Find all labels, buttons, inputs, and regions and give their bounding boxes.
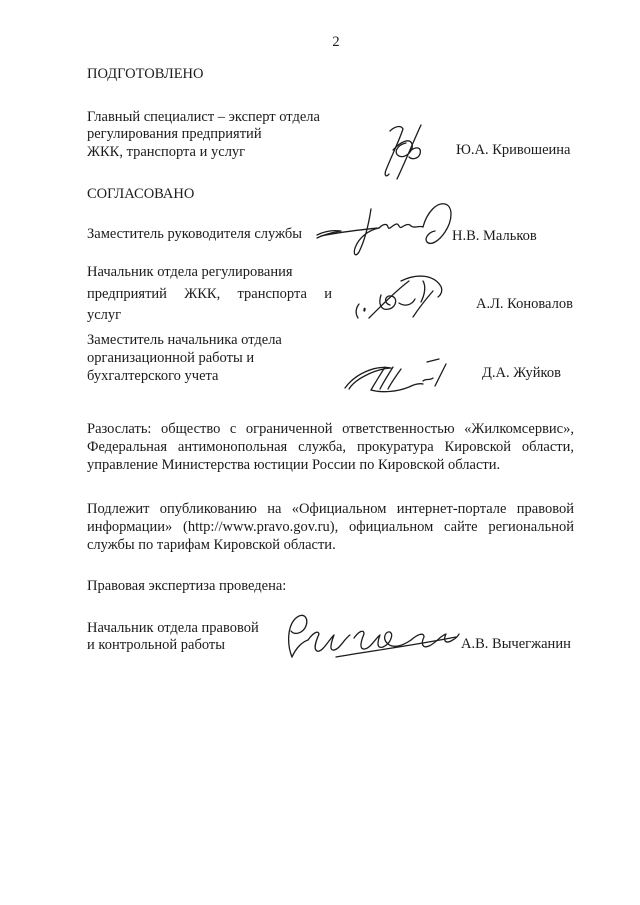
signatory-name-2: Н.В. Мальков (452, 228, 537, 245)
heading-prepared: ПОДГОТОВЛЕНО (87, 66, 204, 83)
title-line: Заместитель начальника отдела (87, 331, 282, 349)
publication-paragraph: Подлежит опубликованию на «Официальном и… (87, 500, 574, 555)
title-line: и контрольной работы (87, 637, 259, 654)
signatory-title-5: Начальник отдела правовой и контрольной … (87, 620, 259, 655)
title-line: предприятий ЖКК, транспорта и (87, 284, 332, 306)
signatory-name-1: Ю.А. Кривошеина (456, 142, 571, 159)
handwritten-signature-icon (355, 274, 445, 324)
signatory-title-1: Главный специалист – эксперт отдела регу… (87, 109, 320, 161)
document-page: 2 ПОДГОТОВЛЕНО Главный специалист – эксп… (0, 0, 640, 905)
title-line: регулирования предприятий (87, 126, 320, 143)
signatory-name-5: А.В. Вычегжанин (461, 636, 571, 653)
title-line: Начальник отдела правовой (87, 620, 259, 637)
signatory-name-4: Д.А. Жуйков (482, 365, 561, 382)
handwritten-signature-icon (280, 613, 460, 661)
signatory-title-2: Заместитель руководителя службы (87, 226, 302, 243)
title-line: ЖКК, транспорта и услуг (87, 144, 320, 161)
title-line: бухгалтерского учета (87, 367, 282, 385)
heading-agreed: СОГЛАСОВАНО (87, 186, 194, 203)
paragraph-line: Федеральная антимонопольная служба, прок… (87, 438, 574, 456)
signatory-title-4: Заместитель начальника отдела организаци… (87, 331, 282, 386)
page-number: 2 (66, 34, 606, 51)
distribution-paragraph: Разослать: общество с ограниченной ответ… (87, 420, 574, 475)
title-line: Начальник отдела регулирования (87, 262, 332, 284)
title-line: организационной работы и (87, 349, 282, 367)
handwritten-signature-icon (343, 355, 447, 395)
paragraph-line: Подлежит опубликованию на «Официальном и… (87, 500, 574, 518)
paragraph-line: службы по тарифам Кировской области. (87, 536, 574, 554)
paragraph-line: управление Министерства юстиции России п… (87, 456, 574, 474)
title-line: Главный специалист – эксперт отдела (87, 109, 320, 126)
handwritten-signature-icon (376, 120, 428, 182)
paragraph-line: информации» (http://www.pravo.gov.ru), о… (87, 518, 574, 536)
signatory-name-3: А.Л. Коновалов (476, 296, 573, 313)
title-line: услуг (87, 305, 332, 327)
title-line: Заместитель руководителя службы (87, 226, 302, 243)
paragraph-line: Разослать: общество с ограниченной ответ… (87, 420, 574, 438)
signatory-title-3: Начальник отдела регулирования предприят… (87, 262, 332, 327)
handwritten-signature-icon (315, 200, 467, 260)
heading-legal-review: Правовая экспертиза проведена: (87, 578, 286, 595)
